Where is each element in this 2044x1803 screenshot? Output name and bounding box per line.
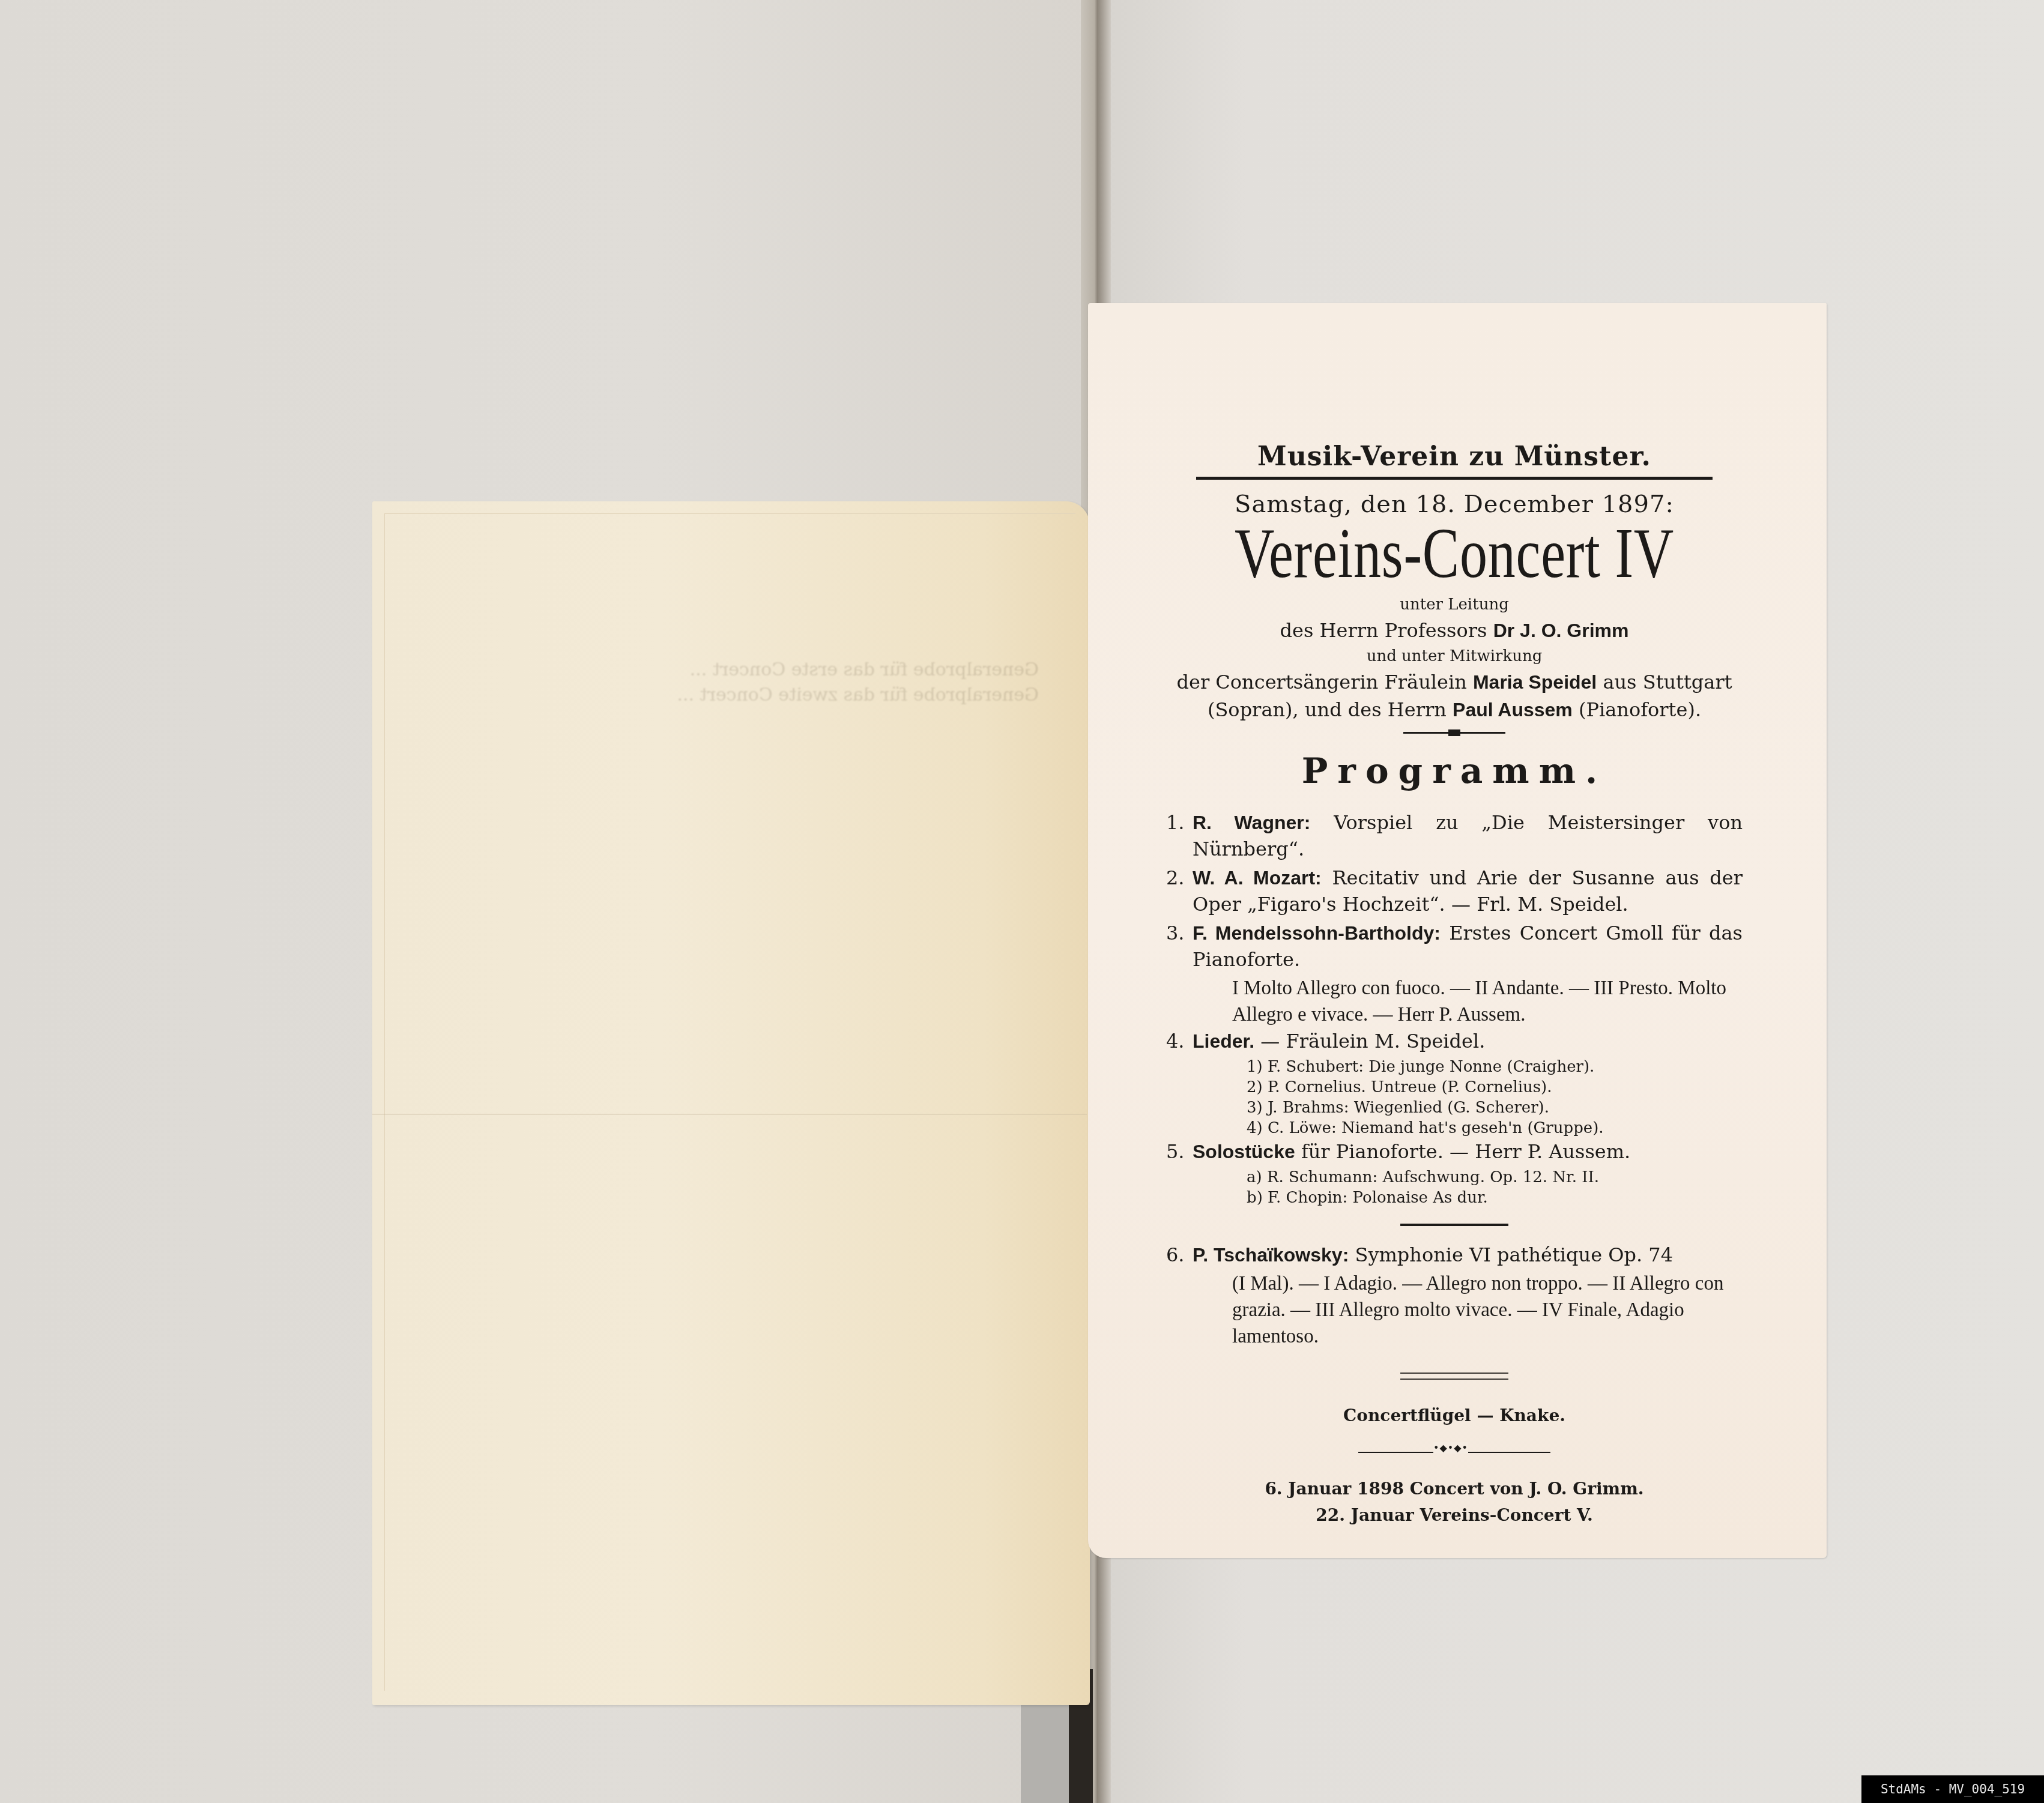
- bleed-through-text: Generalprobe für das erste Concert ... G…: [570, 657, 1039, 708]
- song-4: 4) C. Löwe: Niemand hat's geseh'n (Grupp…: [1166, 1118, 1743, 1138]
- conductor-prefix: des Herrn Professors: [1280, 619, 1493, 642]
- fold-crease: [372, 1114, 1087, 1115]
- soloist-prefix: der Concertsängerin Fräulein: [1176, 671, 1472, 693]
- pianist-suffix: (Pianoforte).: [1573, 698, 1701, 721]
- ornament-divider: [1403, 732, 1505, 734]
- program-item-2: 2.W. A. Mozart: Recitativ und Arie der S…: [1166, 865, 1743, 917]
- program-heading: Programm.: [1166, 750, 1743, 791]
- item-number: 5.: [1166, 1138, 1193, 1165]
- conductor-intro: unter Leitung: [1166, 593, 1743, 617]
- item-number: 1.: [1166, 809, 1193, 836]
- soloist-suffix: aus Stuttgart: [1597, 671, 1732, 693]
- composer: W. A. Mozart:: [1193, 867, 1322, 889]
- soloist-name: Maria Speidel: [1473, 671, 1597, 693]
- program-item-6: 6.P. Tschaïkowsky: Symphonie VI pathétiq…: [1166, 1242, 1743, 1268]
- song-1: 1) F. Schubert: Die junge Nonne (Craighe…: [1166, 1057, 1743, 1077]
- composer: Solostücke: [1193, 1141, 1295, 1162]
- pianist-name: Paul Aussem: [1453, 699, 1573, 720]
- leaflet-verso: Generalprobe für das erste Concert ... G…: [372, 501, 1090, 1705]
- composer: P. Tschaïkowsky:: [1193, 1244, 1349, 1266]
- work: für Pianoforte. — Herr P. Aussem.: [1295, 1140, 1631, 1163]
- program-content: Musik-Verein zu Münster. Samstag, den 18…: [1166, 441, 1743, 1529]
- item-number: 2.: [1166, 865, 1193, 891]
- assist-intro: und unter Mitwirkung: [1166, 644, 1743, 668]
- conductor-name: Dr J. O. Grimm: [1493, 620, 1629, 641]
- program-item-3: 3.F. Mendelssohn-Bartholdy: Erstes Conce…: [1166, 920, 1743, 973]
- concert-title: Vereins-Concert IV: [1230, 515, 1680, 593]
- upcoming-1: 6. Januar 1898 Concert von J. O. Grimm.: [1166, 1476, 1743, 1502]
- double-rule: [1400, 1373, 1508, 1380]
- song-3: 3) J. Brahms: Wiegenlied (G. Scherer).: [1166, 1098, 1743, 1118]
- composer: F. Mendelssohn-Bartholdy:: [1193, 922, 1441, 944]
- spine-shadow: [1021, 1699, 1075, 1803]
- work: Symphonie VI pathétique Op. 74: [1349, 1243, 1673, 1266]
- composer: Lieder.: [1193, 1030, 1254, 1052]
- piece-b: b) F. Chopin: Polonaise As dur.: [1166, 1188, 1743, 1208]
- heading-rule: [1196, 477, 1713, 480]
- pianist-prefix: (Sopran), und des Herrn: [1208, 698, 1453, 721]
- conductor-line: des Herrn Professors Dr J. O. Grimm: [1166, 617, 1743, 644]
- upcoming-2: 22. Januar Vereins-Concert V.: [1166, 1502, 1743, 1529]
- program-item-1: 1.R. Wagner: Vorspiel zu „Die Meistersin…: [1166, 809, 1743, 862]
- song-2: 2) P. Cornelius. Untreue (P. Cornelius).: [1166, 1077, 1743, 1098]
- piece-a: a) R. Schumann: Aufschwung. Op. 12. Nr. …: [1166, 1167, 1743, 1188]
- item-number: 4.: [1166, 1028, 1193, 1054]
- soloist-line: der Concertsängerin Fräulein Maria Speid…: [1166, 668, 1743, 696]
- section-divider: [1400, 1224, 1508, 1226]
- society-name: Musik-Verein zu Münster.: [1166, 441, 1743, 472]
- archive-label: StdAMs - MV_004_519: [1861, 1775, 2044, 1803]
- concert-program-leaflet: Musik-Verein zu Münster. Samstag, den 18…: [1088, 303, 1827, 1558]
- piano-note: Concertflügel — Knake.: [1166, 1403, 1743, 1429]
- item-number: 3.: [1166, 920, 1193, 946]
- pianist-line: (Sopran), und des Herrn Paul Aussem (Pia…: [1166, 696, 1743, 723]
- program-item-5: 5.Solostücke für Pianoforte. — Herr P. A…: [1166, 1138, 1743, 1165]
- program-item-6-movements: (I Mal). — I Adagio. — Allegro non tropp…: [1166, 1270, 1743, 1350]
- program-item-3-movements: I Molto Allegro con fuoco. — II Andante.…: [1166, 975, 1743, 1028]
- item-number: 6.: [1166, 1242, 1193, 1268]
- program-item-4: 4.Lieder. — Fräulein M. Speidel.: [1166, 1028, 1743, 1054]
- composer: R. Wagner:: [1193, 812, 1310, 833]
- dotted-ornament: [1358, 1452, 1550, 1453]
- work: — Fräulein M. Speidel.: [1254, 1030, 1485, 1053]
